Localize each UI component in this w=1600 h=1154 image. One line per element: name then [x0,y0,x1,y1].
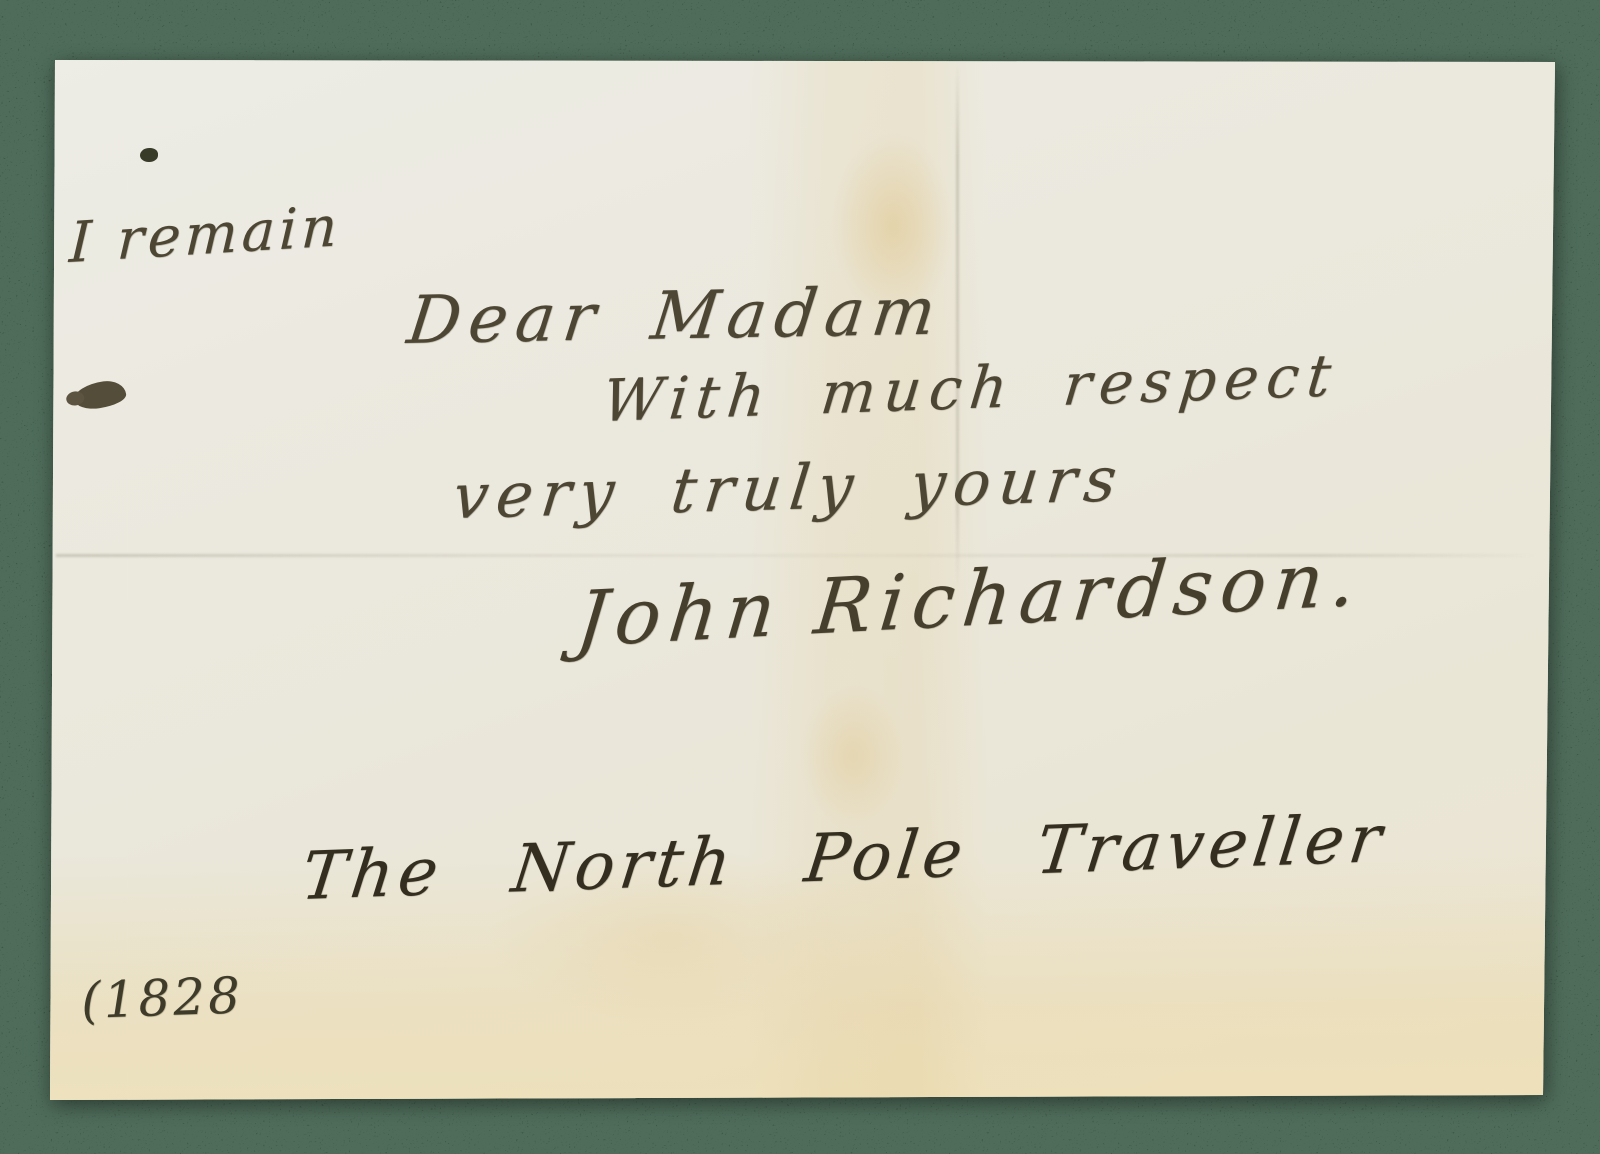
handwriting-line-respect: With much respect [600,346,1342,430]
photo-scene: I remain Dear Madam With much respect ve… [0,0,1600,1154]
handwriting-valediction: very truly yours [450,448,1128,528]
ink-dot [140,148,158,162]
handwriting-line-remain: I remain [68,199,342,272]
handwriting-signature: John Richardson. [573,540,1367,658]
letter-paper-wrapper: I remain Dear Madam With much respect ve… [48,56,1560,1104]
letter-paper: I remain Dear Madam With much respect ve… [48,56,1560,1104]
handwriting-year-annotation: (1828 [80,970,243,1026]
ink-blot [72,379,127,412]
handwriting-salutation: Dear Madam [404,279,947,354]
handwriting-recipient-line: The North Pole Traveller [298,806,1390,910]
